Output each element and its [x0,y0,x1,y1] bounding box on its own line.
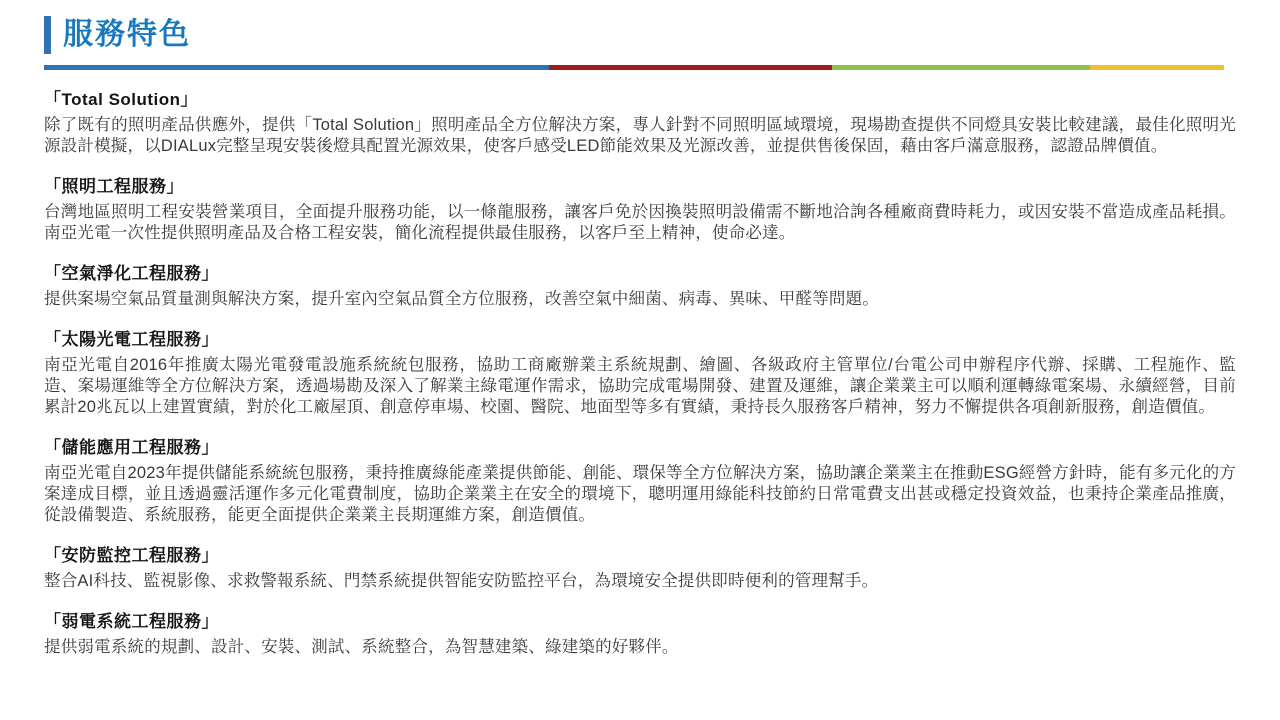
section-heading: 「空氣淨化工程服務」 [44,263,1236,284]
divider-segment-green [832,65,1089,70]
section-body: 提供案場空氣品質量測與解決方案，提升室內空氣品質全方位服務，改善空氣中細菌、病毒… [44,289,1236,310]
section-heading: 「太陽光電工程服務」 [44,329,1236,350]
section-total-solution: 「Total Solution」 除了既有的照明產品供應外，提供「Total S… [44,89,1236,157]
divider-segment-blue [44,65,549,70]
divider-segment-red [549,65,832,70]
title-accent-bar [44,16,51,54]
title-row: 服務特色 [44,13,1236,57]
section-low-voltage-systems: 「弱電系統工程服務」 提供弱電系統的規劃、設計、安裝、測試、系統整合，為智慧建築… [44,611,1236,658]
divider [44,65,1224,70]
section-body: 南亞光電自2023年提供儲能系統統包服務，秉持推廣綠能產業提供節能、創能、環保等… [44,463,1236,526]
section-heading: 「弱電系統工程服務」 [44,611,1236,632]
section-heading: 「安防監控工程服務」 [44,545,1236,566]
section-heading: 「Total Solution」 [44,89,1236,110]
section-body: 台灣地區照明工程安裝營業項目，全面提升服務功能，以一條龍服務，讓客戶免於因換裝照… [44,202,1236,244]
section-energy-storage: 「儲能應用工程服務」 南亞光電自2023年提供儲能系統統包服務，秉持推廣綠能產業… [44,437,1236,526]
section-heading: 「儲能應用工程服務」 [44,437,1236,458]
slide: 服務特色 「Total Solution」 除了既有的照明產品供應外，提供「To… [0,0,1280,720]
section-body: 提供弱電系統的規劃、設計、安裝、測試、系統整合，為智慧建築、綠建築的好夥伴。 [44,637,1236,658]
section-body: 除了既有的照明產品供應外，提供「Total Solution」照明產品全方位解決… [44,115,1236,157]
section-heading: 「照明工程服務」 [44,176,1236,197]
section-air-purification: 「空氣淨化工程服務」 提供案場空氣品質量測與解決方案，提升室內空氣品質全方位服務… [44,263,1236,310]
page-title: 服務特色 [63,20,191,50]
section-body: 整合AI科技、監視影像、求救警報系統、門禁系統提供智能安防監控平台，為環境安全提… [44,571,1236,592]
section-body: 南亞光電自2016年推廣太陽光電發電設施系統統包服務，協助工商廠辦業主系統規劃、… [44,355,1236,418]
divider-segment-yellow [1090,65,1225,70]
section-lighting-engineering: 「照明工程服務」 台灣地區照明工程安裝營業項目，全面提升服務功能，以一條龍服務，… [44,176,1236,244]
section-security-surveillance: 「安防監控工程服務」 整合AI科技、監視影像、求救警報系統、門禁系統提供智能安防… [44,545,1236,592]
section-solar-pv: 「太陽光電工程服務」 南亞光電自2016年推廣太陽光電發電設施系統統包服務，協助… [44,329,1236,418]
